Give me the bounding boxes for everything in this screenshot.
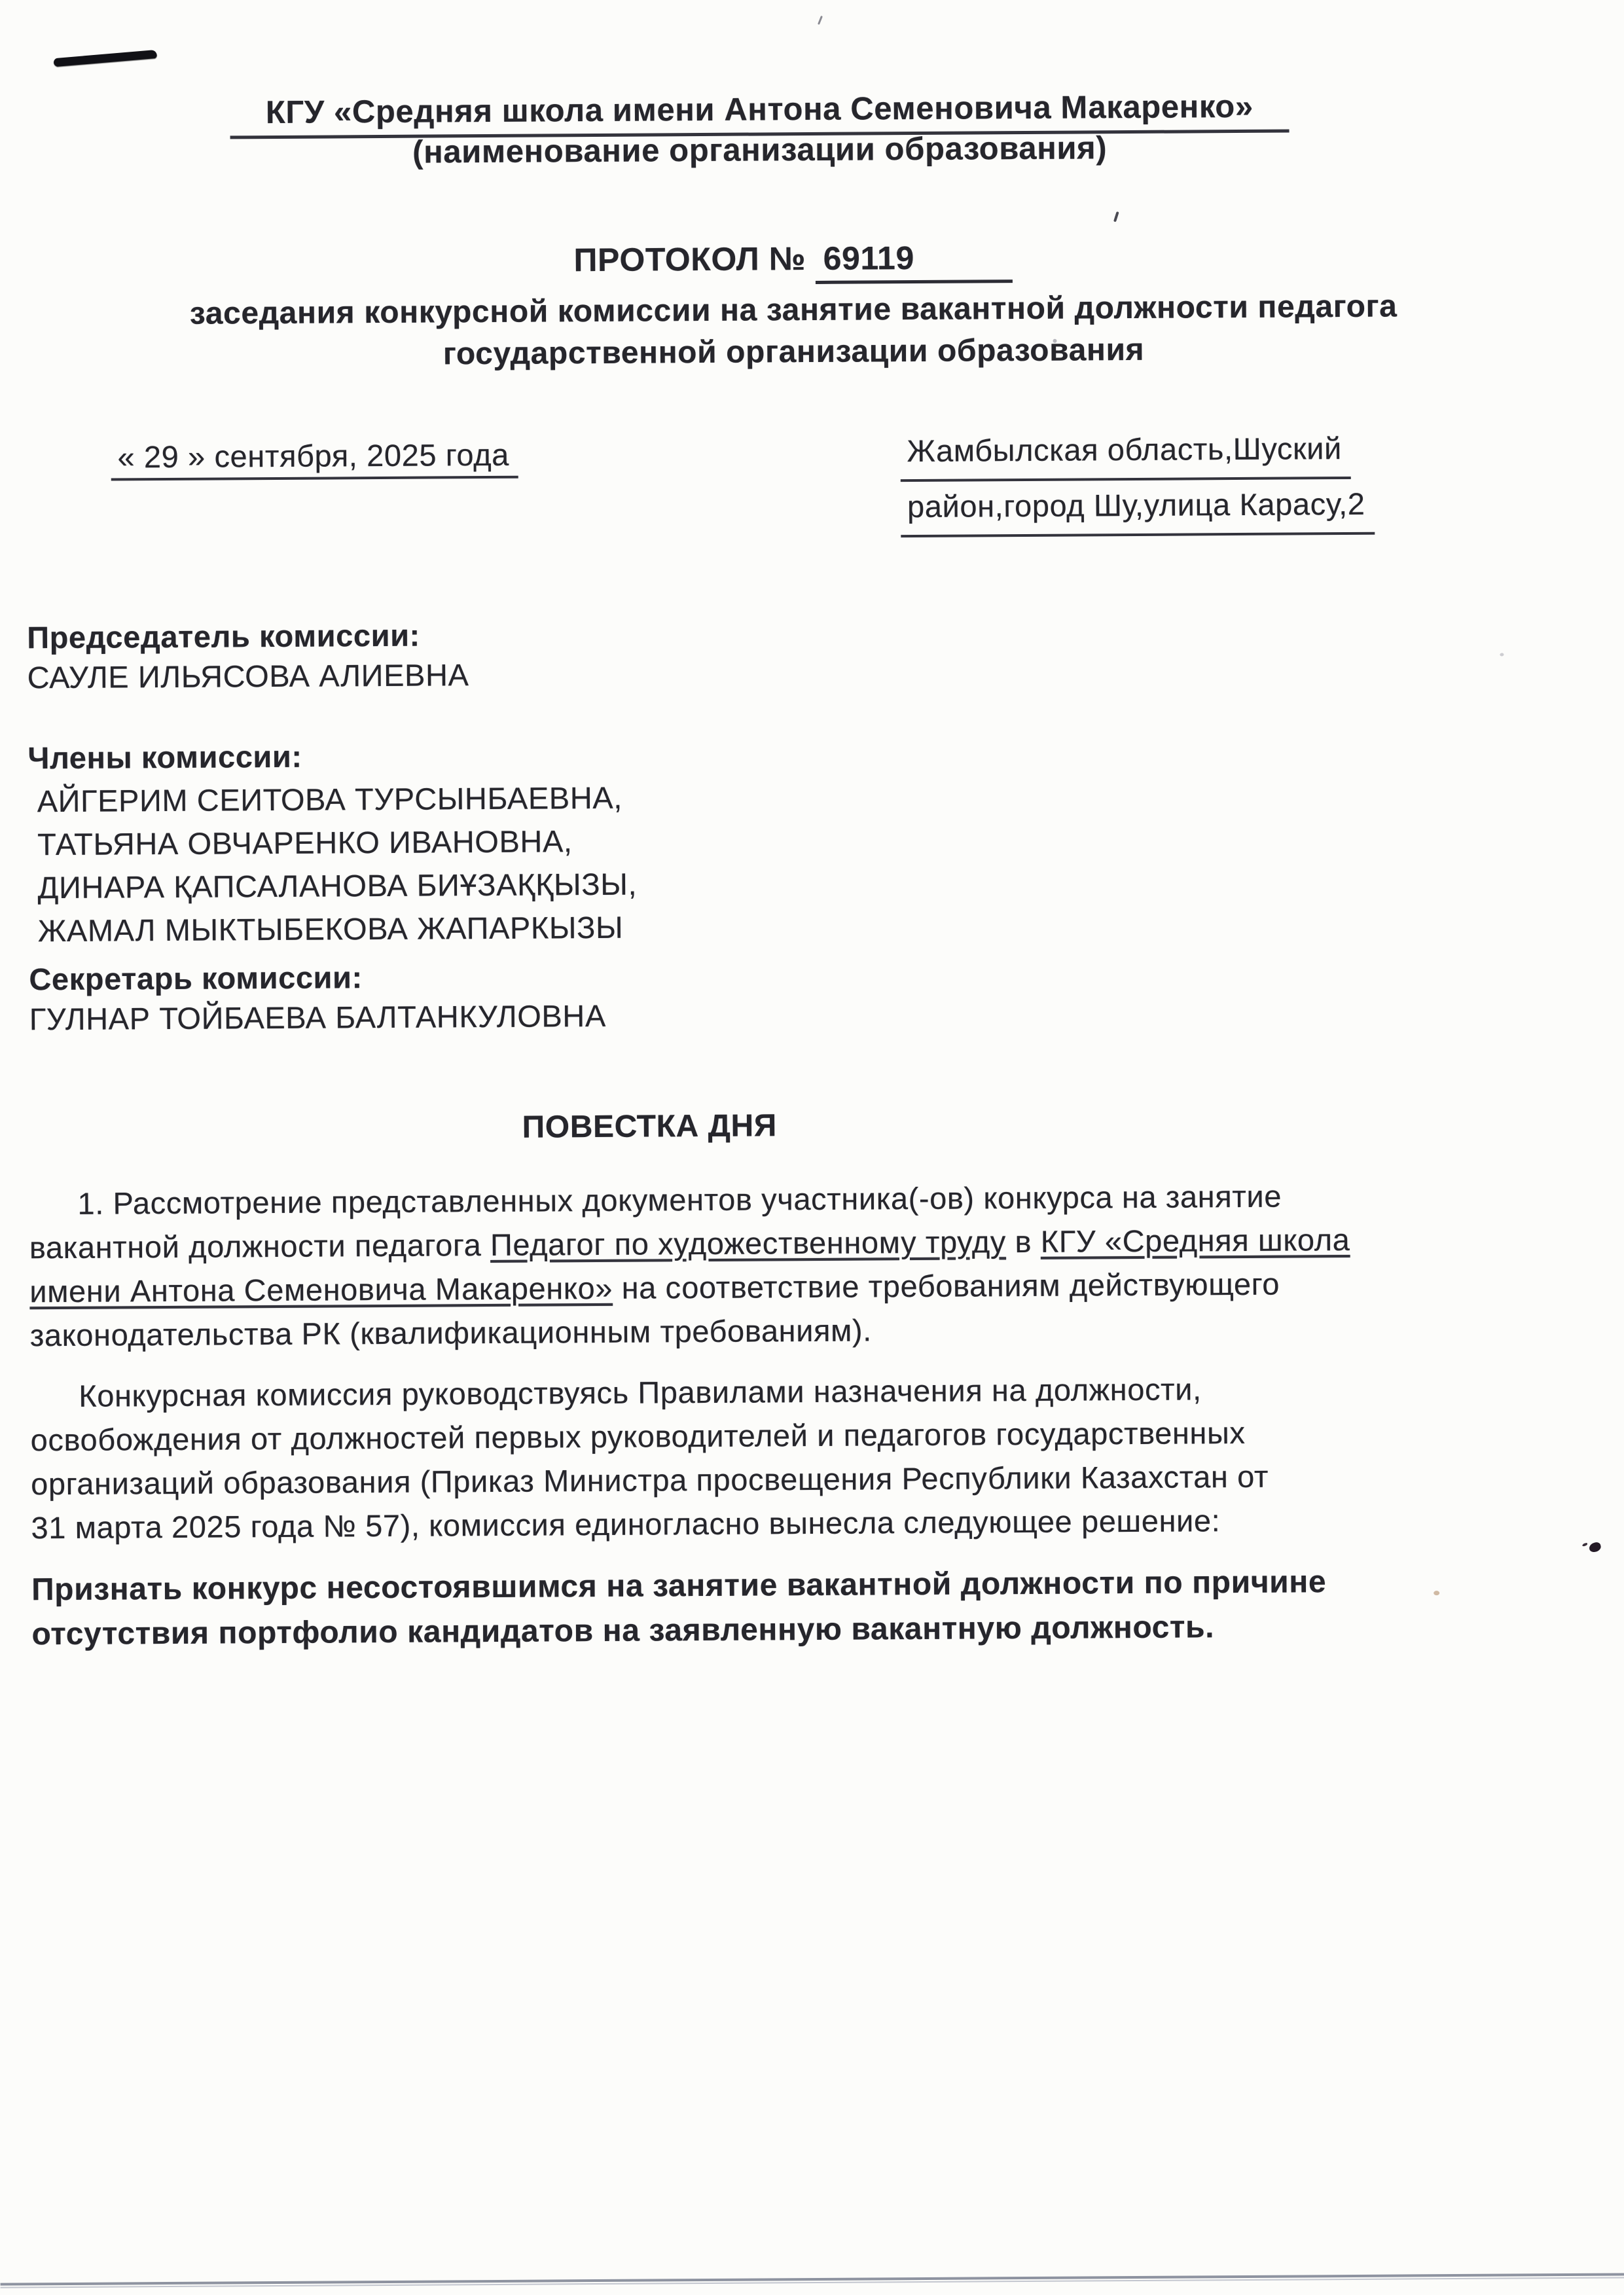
subtitle-line: государственной организации образования xyxy=(67,327,1520,378)
ink-speck xyxy=(1588,1542,1602,1553)
chairman-section: Председатель комиссии: САУЛЕ ИЛЬЯСОВА АЛ… xyxy=(27,615,469,697)
ink-tick xyxy=(1113,211,1119,222)
resolution-paragraph: Конкурсная комиссия руководствуясь Прави… xyxy=(30,1366,1305,1549)
protocol-date: « 29 » сентября, 2025 года xyxy=(111,437,518,481)
member-name: ДИНАРА ҚАПСАЛАНОВА БИҰЗАҚҚЫЗЫ, xyxy=(28,863,637,910)
members-label: Члены комиссии: xyxy=(27,733,636,780)
location-line: район,город Шу,улица Карасу,2 xyxy=(901,479,1375,537)
member-name: ЖАМАЛ МЫКТЫБЕКОВА ЖАПАРКЫЗЫ xyxy=(29,906,638,953)
subtitle-line: заседания конкурсной комиссии на занятие… xyxy=(67,285,1520,336)
scanned-protocol-page: КГУ «Средняя школа имени Антона Семенови… xyxy=(0,0,1624,2295)
protocol-title: ПРОТОКОЛ № 69119 xyxy=(93,236,1494,282)
pen-mark-artifact xyxy=(54,50,158,67)
agenda-item-text: в xyxy=(1006,1224,1041,1259)
secretary-label: Секретарь комиссии: xyxy=(29,956,605,999)
ink-tick xyxy=(818,16,823,25)
chairman-name: САУЛЕ ИЛЬЯСОВА АЛИЕВНА xyxy=(27,655,469,697)
location-line: Жамбылская область,Шуский xyxy=(900,424,1351,482)
chairman-label: Председатель комиссии: xyxy=(27,615,469,657)
protocol-location: Жамбылская область,Шуский район,город Шу… xyxy=(900,423,1437,537)
agenda-heading: ПОВЕСТКА ДНЯ xyxy=(0,1104,1299,1148)
agenda-item-1: 1. Рассмотрение представленных документо… xyxy=(29,1174,1375,1358)
members-section: Члены комиссии: АЙГЕРИМ СЕИТОВА ТУРСЫНБА… xyxy=(27,733,638,953)
org-name: КГУ «Средняя школа имени Антона Семенови… xyxy=(160,86,1358,134)
protocol-number: 69119 xyxy=(815,239,1013,284)
member-name: ТАТЬЯНА ОВЧАРЕНКО ИВАНОВНА, xyxy=(28,820,637,867)
vacant-position-underlined: Педагог по художественному труду xyxy=(490,1224,1006,1262)
org-header: КГУ «Средняя школа имени Антона Семенови… xyxy=(160,86,1359,174)
protocol-subtitle: заседания конкурсной комиссии на занятие… xyxy=(67,285,1521,378)
protocol-label: ПРОТОКОЛ № xyxy=(573,240,806,278)
ink-speck xyxy=(1434,1591,1439,1595)
ink-speck xyxy=(1053,339,1056,343)
decision-paragraph: Признать конкурс несостоявшимся на занят… xyxy=(31,1559,1423,1657)
ink-speck xyxy=(1500,653,1504,657)
member-name: АЙГЕРИМ СЕИТОВА ТУРСЫНБАЕВНА, xyxy=(28,776,637,823)
secretary-section: Секретарь комиссии: ГУЛНАР ТОЙБАЕВА БАЛТ… xyxy=(29,956,606,1039)
secretary-name: ГУЛНАР ТОЙБАЕВА БАЛТАНКУЛОВНА xyxy=(29,996,606,1039)
